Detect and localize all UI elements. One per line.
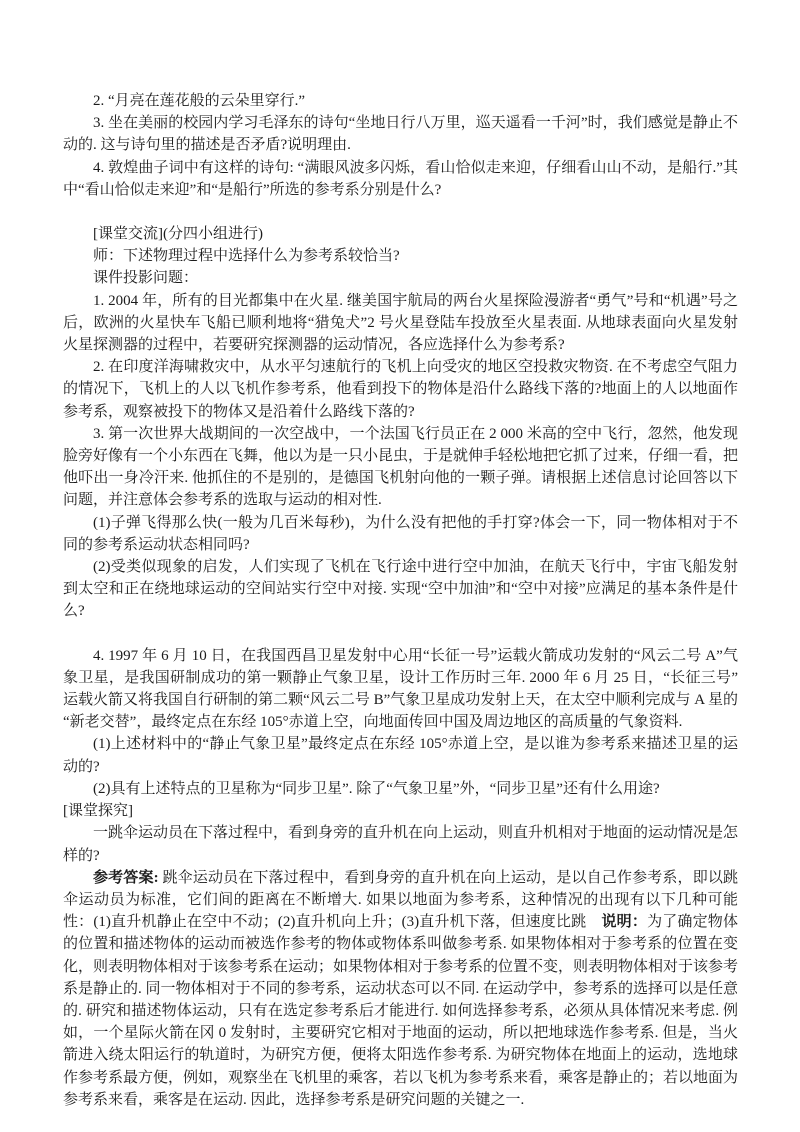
satellite-sub-question-1: (1)上述材料中的“静止气象卫星”最终定点在东经 105°赤道上空，是以谁为参考… [63,733,738,777]
question-2: 2. “月亮在莲花般的云朵里穿行.” [63,90,738,112]
document-page: 2. “月亮在莲花般的云朵里穿行.” 3. 坐在美丽的校园内学习毛泽东的诗句“坐… [0,0,800,1132]
projection-question-4: 4. 1997 年 6 月 10 日，在我国西昌卫星发射中心用“长征一号”运载火… [63,645,738,734]
projection-problems-label: 课件投影问题： [63,267,738,289]
note-label: 说明： [602,914,648,930]
projection-question-2: 2. 在印度洋海啸救灾中，从水平匀速航行的飞机上向受灾的地区空投救灾物资. 在不… [63,356,738,423]
sub-question-2: (2)受类似现象的启发，人们实现了飞机在飞行途中进行空中加油，在航天飞行中，宇宙… [63,556,738,623]
reference-answer-body-2: 为了确定物体的位置和描述物体的运动而被选作参考的物体或物体系叫做参考系. 如果物… [63,914,738,1108]
projection-question-3: 3. 第一次世界大战期间的一次空战中，一个法国飞行员正在 2 000 米高的空中… [63,423,738,512]
section-heading-classroom-exchange: [课堂交流](分四小组进行) [63,223,738,245]
sub-question-1: (1)子弹飞得那么快(一般为几百米每秒)，为什么没有把他的手打穿?体会一下，同一… [63,512,738,556]
reference-answer-label: 参考答案: [93,870,159,886]
projection-question-1: 1. 2004 年，所有的目光都集中在火星. 继美国宇航局的两台火星探险漫游者“… [63,290,738,357]
teacher-prompt: 师：下述物理过程中选择什么为参考系较恰当? [63,245,738,267]
inquiry-question: 一跳伞运动员在下落过程中，看到身旁的直升机在向上运动，则直升机相对于地面的运动情… [63,822,738,866]
reference-answer: 参考答案: 跳伞运动员在下落过程中，看到身旁的直升机在向上运动，是以自己作参考系… [63,867,738,1111]
question-4: 4. 敦煌曲子词中有这样的诗句: “满眼风波多闪烁，看山恰似走来迎，仔细看山山不… [63,157,738,201]
satellite-sub-question-2: (2)具有上述特点的卫星称为“同步卫星”. 除了“气象卫星”外，“同步卫星”还有… [63,778,738,800]
document-body: 2. “月亮在莲花般的云朵里穿行.” 3. 坐在美丽的校园内学习毛泽东的诗句“坐… [63,90,738,1111]
section-heading-classroom-inquiry: [课堂探究] [63,800,738,822]
question-3: 3. 坐在美丽的校园内学习毛泽东的诗句“坐地日行八万里，巡天遥看一千河”时，我们… [63,112,738,156]
